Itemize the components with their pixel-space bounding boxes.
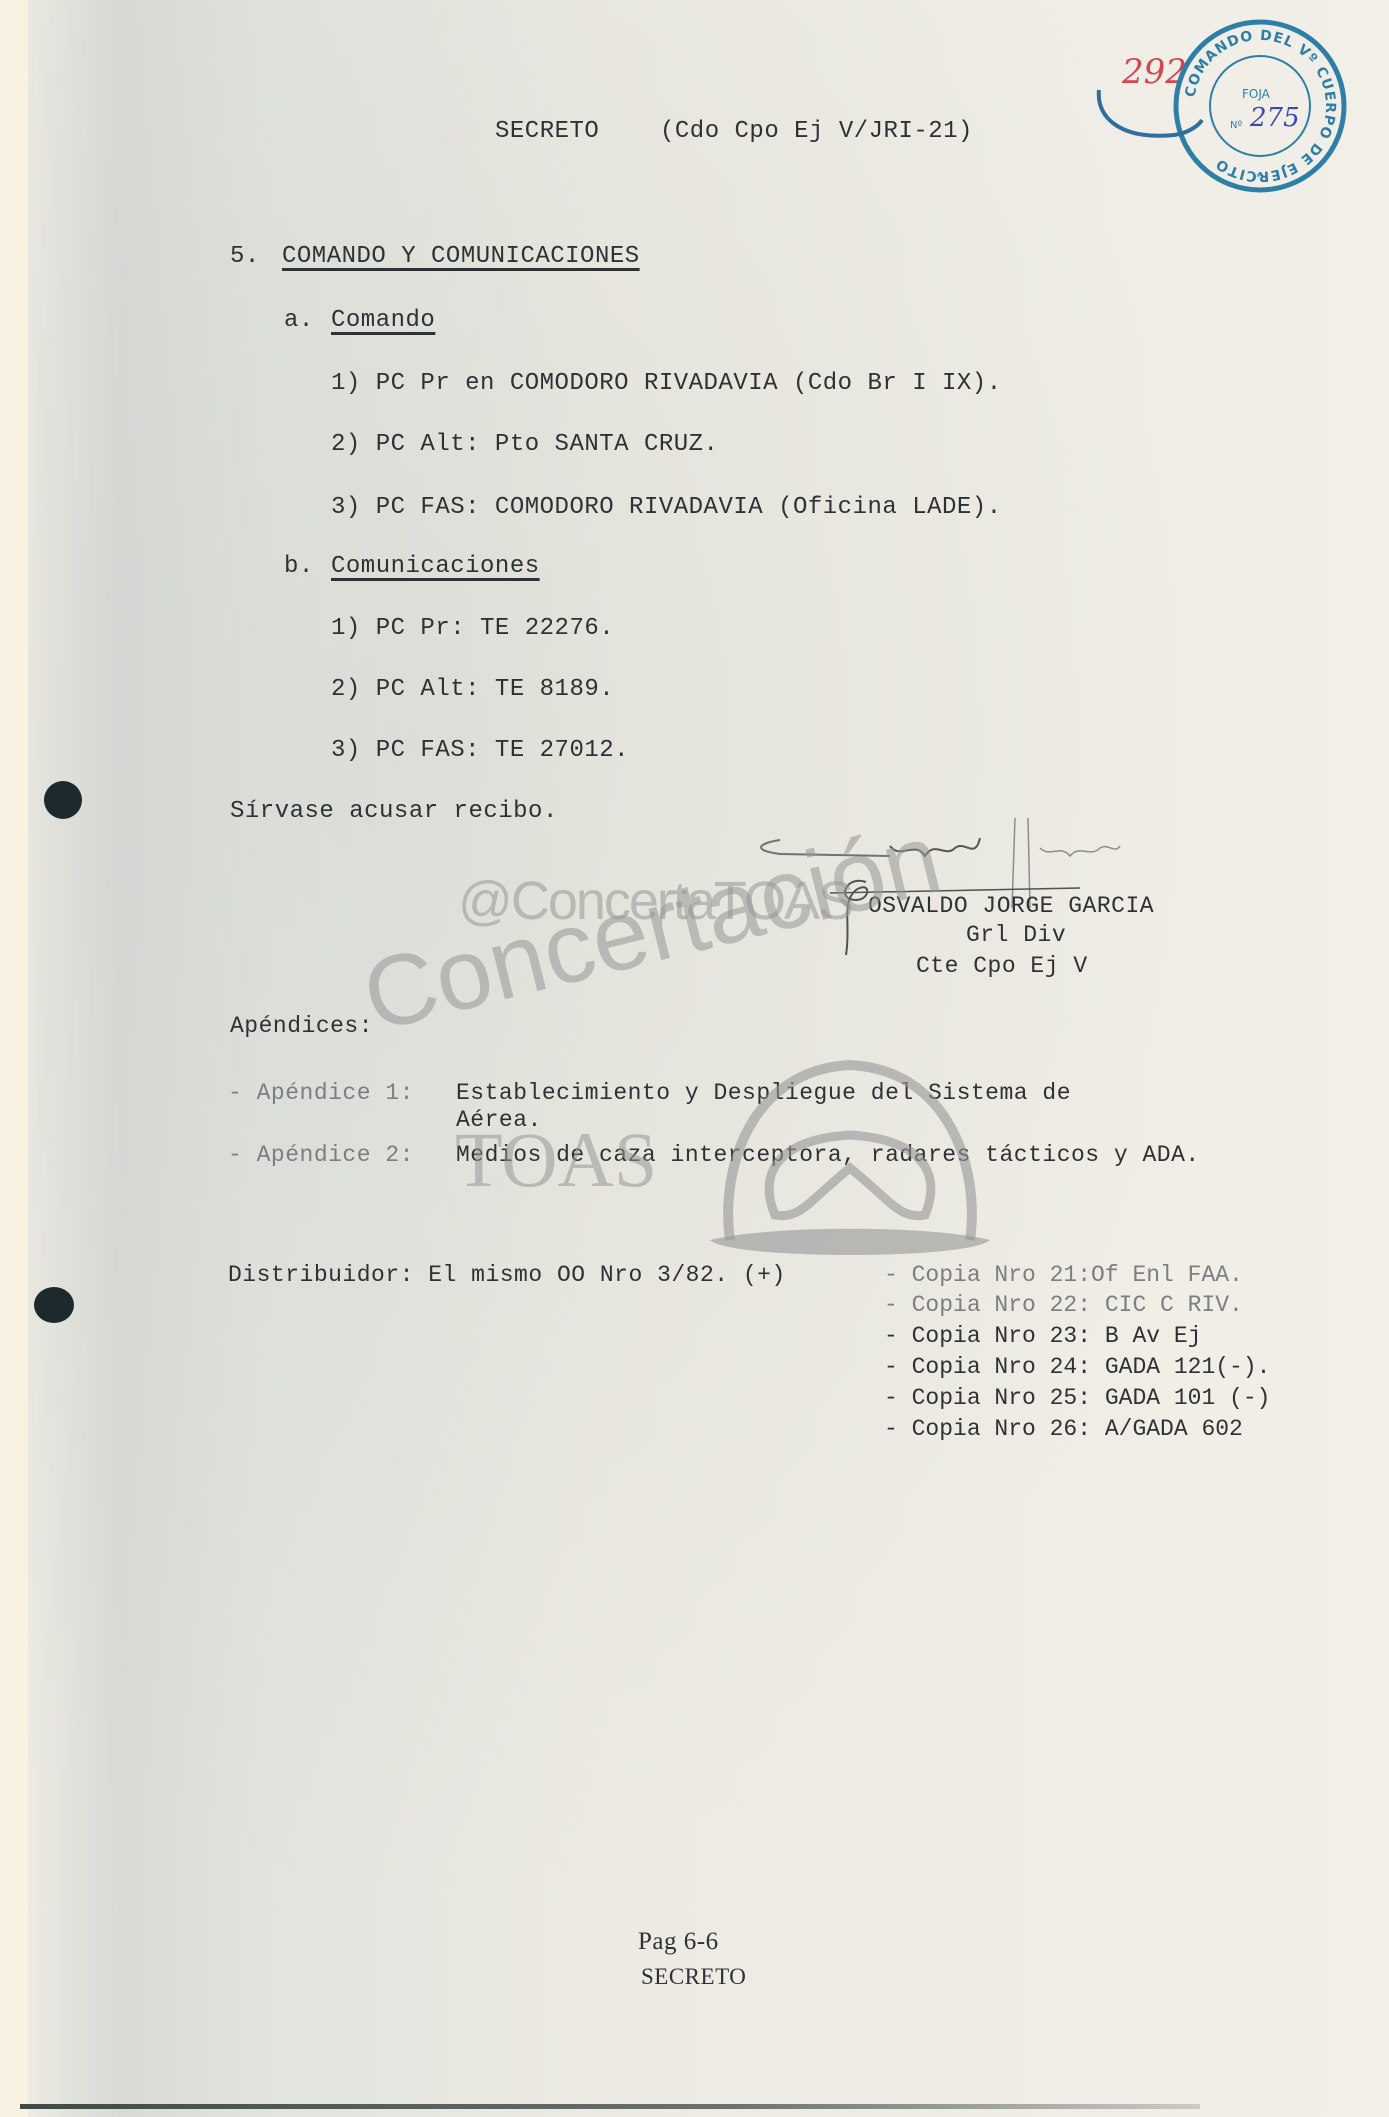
signatory-position: Cte Cpo Ej V	[916, 953, 1088, 979]
footer-page-number: Pag 6-6	[638, 1928, 719, 1956]
svg-text:Nº: Nº	[1230, 120, 1242, 131]
section-number: 5.	[230, 243, 260, 270]
comando-item-1: 1) PC Pr en COMODORO RIVADAVIA (Cdo Br I…	[331, 370, 1002, 397]
signatory-rank: Grl Div	[966, 922, 1066, 948]
page-left-edge	[0, 0, 28, 2117]
subsection-b-letter: b.	[284, 553, 314, 580]
stamp-ink-swirl-icon	[1094, 80, 1204, 150]
section-title: COMANDO Y COMUNICACIONES	[282, 243, 640, 270]
svg-text:FOJA: FOJA	[1242, 87, 1271, 101]
comando-item-3: 3) PC FAS: COMODORO RIVADAVIA (Oficina L…	[331, 494, 1002, 521]
comunicaciones-item-2: 2) PC Alt: TE 8189.	[331, 676, 614, 703]
svg-text:*: *	[1256, 172, 1261, 183]
comunicaciones-item-1: 1) PC Pr: TE 22276.	[331, 615, 614, 642]
subsection-a-title: Comando	[331, 307, 435, 334]
helmet-logo-icon	[690, 1050, 1010, 1270]
appendix-1-prefix: - Apéndice 1:	[228, 1080, 414, 1106]
hole-punch-bottom	[34, 1287, 74, 1323]
distribution-copy-22: - Copia Nro 22: CIC C RIV.	[884, 1292, 1243, 1318]
distribution-copy-26: - Copia Nro 26: A/GADA 602	[884, 1416, 1243, 1442]
comunicaciones-item-3: 3) PC FAS: TE 27012.	[331, 737, 629, 764]
distribution-copy-24: - Copia Nro 24: GADA 121(-).	[884, 1354, 1270, 1380]
comando-item-2: 2) PC Alt: Pto SANTA CRUZ.	[331, 431, 718, 458]
watermark-brand-short: TOAS	[455, 1115, 657, 1205]
hole-punch-top	[44, 781, 82, 819]
svg-text:275: 275	[1249, 103, 1300, 133]
header-reference: (Cdo Cpo Ej V/JRI-21)	[660, 118, 973, 145]
footer-classification: SECRETO	[641, 1964, 746, 1990]
appendix-2-prefix: - Apéndice 2:	[228, 1142, 414, 1168]
distribution-copy-25: - Copia Nro 25: GADA 101 (-)	[884, 1385, 1270, 1411]
subsection-a-letter: a.	[284, 307, 314, 334]
page-bottom-edge-line	[20, 2104, 1200, 2109]
distribution-copy-23: - Copia Nro 23: B Av Ej	[884, 1323, 1201, 1349]
header-classification: SECRETO	[495, 118, 599, 145]
appendices-label: Apéndices:	[230, 1013, 373, 1039]
closing-request: Sírvase acusar recibo.	[230, 798, 558, 825]
subsection-b-title: Comunicaciones	[331, 553, 540, 580]
